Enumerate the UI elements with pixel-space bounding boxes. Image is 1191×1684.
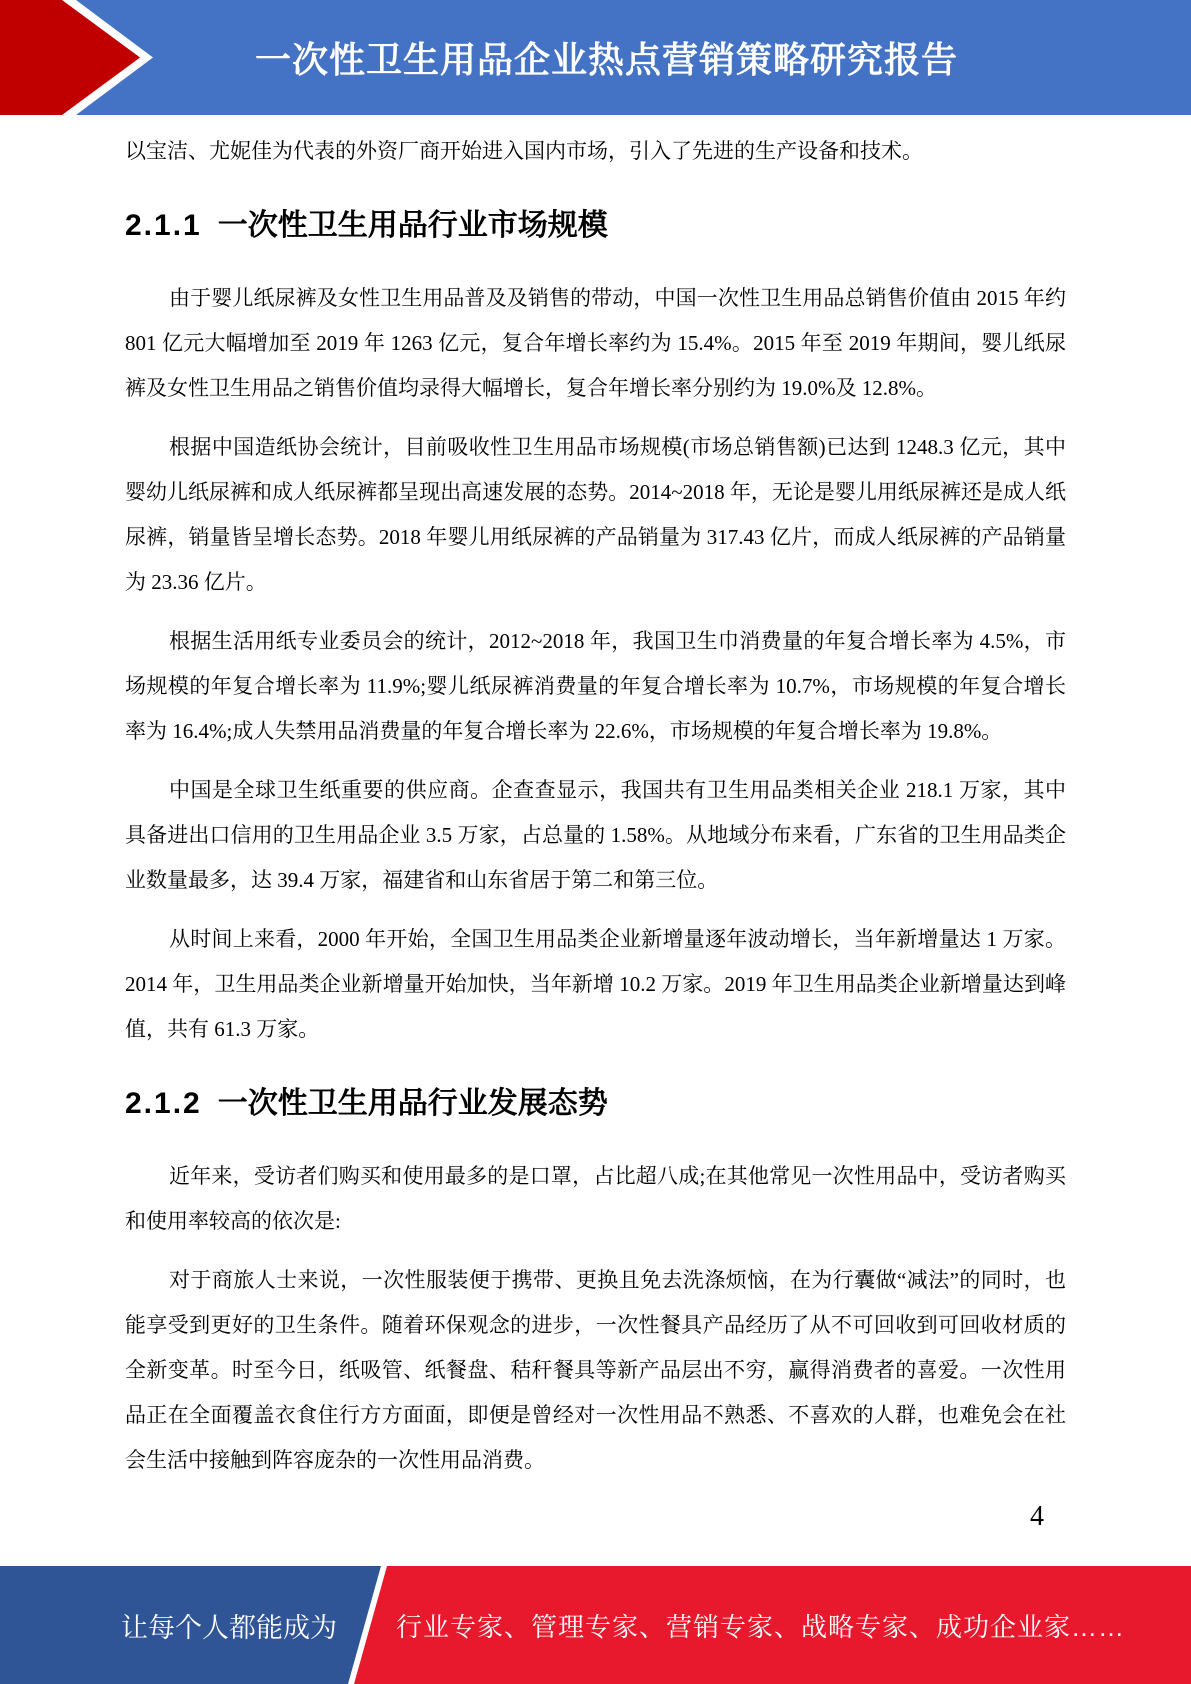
paragraph: 根据生活用纸专业委员会的统计，2012~2018 年，我国卫生巾消费量的年复合增…: [125, 619, 1066, 754]
header-banner: 一次性卫生用品企业热点营销策略研究报告: [0, 0, 1191, 115]
section-heading-2-1-2: 2.1.2一次性卫生用品行业发展态势: [125, 1082, 1066, 1126]
paragraph: 近年来，受访者们购买和使用最多的是口罩，占比超八成;在其他常见一次性用品中，受访…: [125, 1154, 1066, 1244]
paragraph: 中国是全球卫生纸重要的供应商。企查查显示，我国共有卫生用品类相关企业 218.1…: [125, 768, 1066, 903]
footer-banner: 让每个人都能成为 行业专家、管理专家、营销专家、战略专家、成功企业家……: [0, 1566, 1191, 1684]
intro-paragraph: 以宝洁、尤妮佳为代表的外资厂商开始进入国内市场，引入了先进的生产设备和技术。: [125, 129, 1066, 174]
paragraph: 根据中国造纸协会统计，目前吸收性卫生用品市场规模(市场总销售额)已达到 1248…: [125, 425, 1066, 605]
section-number: 2.1.2: [125, 1087, 202, 1120]
section-number: 2.1.1: [125, 209, 202, 242]
page-number: 4: [125, 1497, 1066, 1537]
paragraph: 由于婴儿纸尿裤及女性卫生用品普及及销售的带动，中国一次性卫生用品总销售价值由 2…: [125, 276, 1066, 411]
footer-slogan-left: 让每个人都能成为: [0, 1566, 347, 1684]
section-title: 一次性卫生用品行业市场规模: [218, 209, 608, 242]
section-title: 一次性卫生用品行业发展态势: [218, 1087, 608, 1120]
document-body: 以宝洁、尤妮佳为代表的外资厂商开始进入国内市场，引入了先进的生产设备和技术。 2…: [125, 115, 1066, 1537]
section-heading-2-1-1: 2.1.1一次性卫生用品行业市场规模: [125, 204, 1066, 248]
report-title: 一次性卫生用品企业热点营销策略研究报告: [0, 0, 1191, 115]
report-page: 一次性卫生用品企业热点营销策略研究报告 以宝洁、尤妮佳为代表的外资厂商开始进入国…: [0, 0, 1191, 1684]
paragraph: 对于商旅人士来说，一次性服装便于携带、更换且免去洗涤烦恼，在为行囊做“减法”的同…: [125, 1258, 1066, 1483]
paragraph: 从时间上来看，2000 年开始，全国卫生用品类企业新增量逐年波动增长，当年新增量…: [125, 917, 1066, 1052]
footer-slogan-right: 行业专家、管理专家、营销专家、战略专家、成功企业家……: [396, 1566, 1125, 1684]
